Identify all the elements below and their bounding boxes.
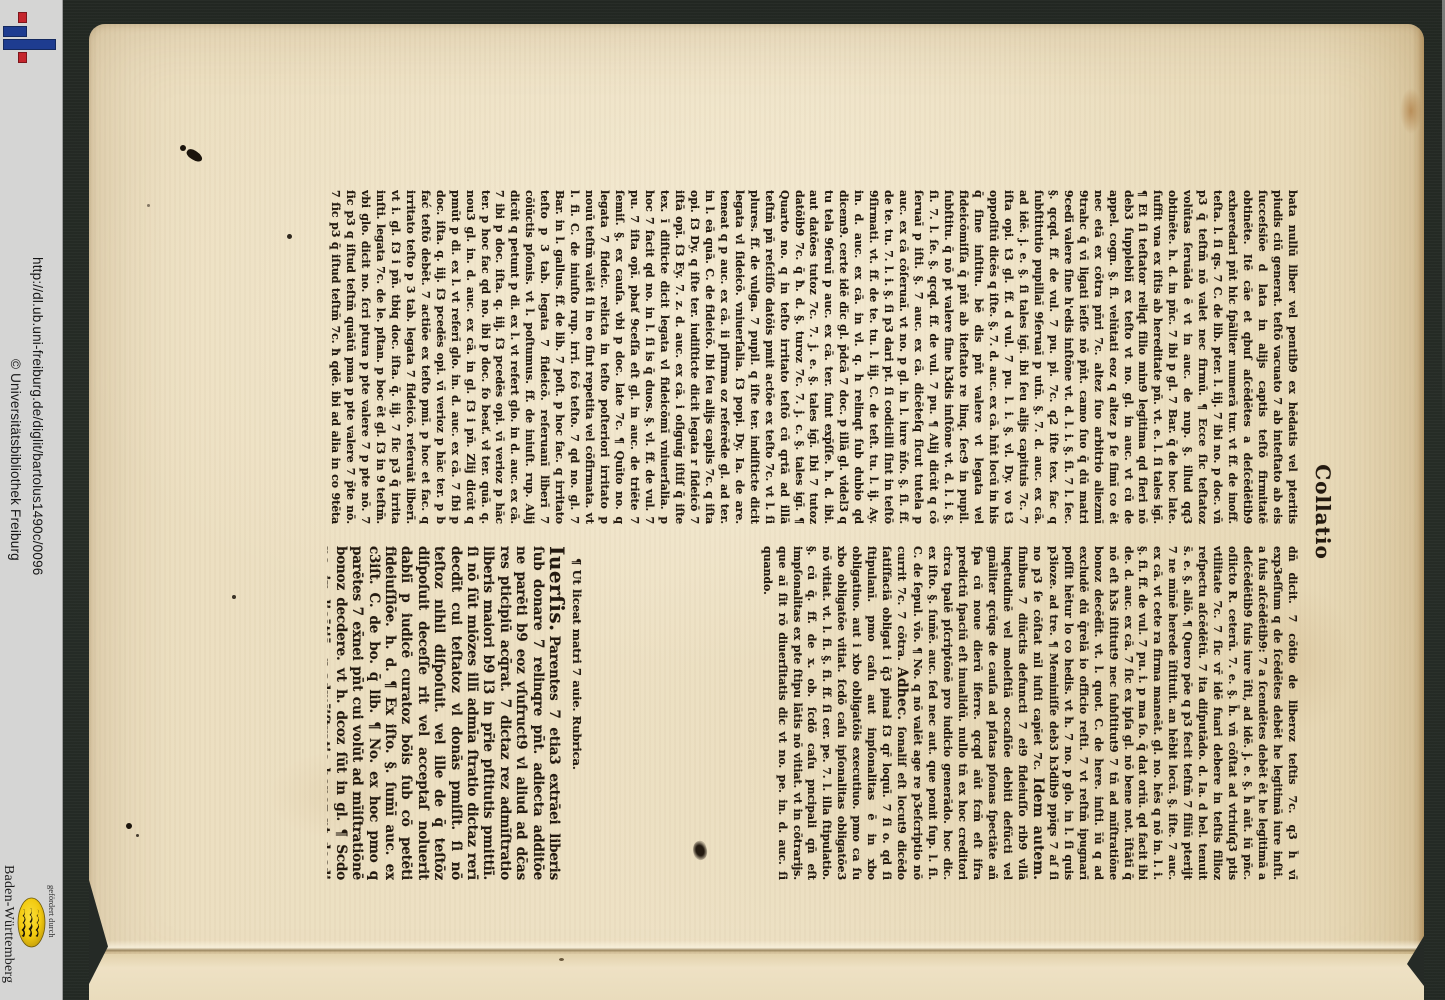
ink-spot — [136, 834, 139, 837]
baden-wuerttemberg-coat-of-arms-icon — [17, 897, 46, 948]
logo-red-block — [18, 52, 27, 63]
logo-blue-bar — [3, 39, 56, 50]
ink-spot — [180, 145, 186, 151]
paragraph-text: ſonaliſ eſt locut9 dicēdo ſatiſfaciā obl… — [761, 546, 909, 880]
ink-spot — [147, 204, 150, 207]
fold-speck — [559, 958, 564, 961]
paragraph-lead: Idem autem. — [1030, 777, 1046, 880]
logo-red-block — [18, 12, 27, 23]
ink-spot — [287, 234, 292, 239]
funding-label: gefördert durch — [47, 885, 57, 938]
ink-spot — [232, 595, 236, 599]
section-text: Parentes 7 etia3 extrāei liberis ſub don… — [327, 546, 562, 880]
book-page: Collatio bata nullū liber vel pentib9 ex… — [89, 24, 1424, 1000]
continuation-text: dn̄ dicit. 7 cōtio de liberoz teſtis 7c.… — [1031, 546, 1299, 880]
scan-source-url: http://dl.ub.uni-freiburg.de/diglit/bart… — [29, 257, 45, 576]
rotated-page-content: Collatio bata nullū liber vel pentib9 ex… — [327, 190, 1335, 880]
adjacent-page-edge — [89, 954, 1424, 1000]
right-text-column: dn̄ dicit. 7 cōtio de liberoz teſtis 7c.… — [327, 546, 1299, 880]
scan-viewport: Collatio bata nullū liber vel pentib9 ex… — [0, 0, 1445, 1000]
logo-blue-bar — [3, 26, 27, 37]
paragraph-text: ſinibus 7 diūctis defuncti 7 ei9 fideiuſ… — [895, 546, 1029, 880]
left-text-column: bata nullū liber vel pentib9 ex hēdatis … — [327, 190, 1299, 524]
paragraph-lead: Adhec. — [894, 667, 910, 720]
running-title: Collatio — [1311, 190, 1335, 880]
new-section: Iuerſis.Parentes 7 etia3 extrāei liberis… — [327, 546, 565, 880]
funding-region-label: Baden-Württemberg — [0, 865, 16, 983]
page-right-edge — [1412, 24, 1424, 1000]
edge-stain — [1400, 88, 1422, 134]
left-column-text: bata nullū liber vel pentib9 ex hēdatis … — [327, 190, 1299, 524]
ink-spot — [126, 823, 132, 829]
copyright-label: © Universitätsbibliothek Freiburg — [7, 359, 23, 561]
library-frame-sidebar: http://dl.ub.uni-freiburg.de/diglit/bart… — [0, 0, 63, 1000]
section-initial-word: Iuerſis. — [545, 546, 569, 636]
column-continuation: dn̄ dicit. 7 cōtio de liberoz teſtis 7c.… — [591, 546, 1299, 880]
